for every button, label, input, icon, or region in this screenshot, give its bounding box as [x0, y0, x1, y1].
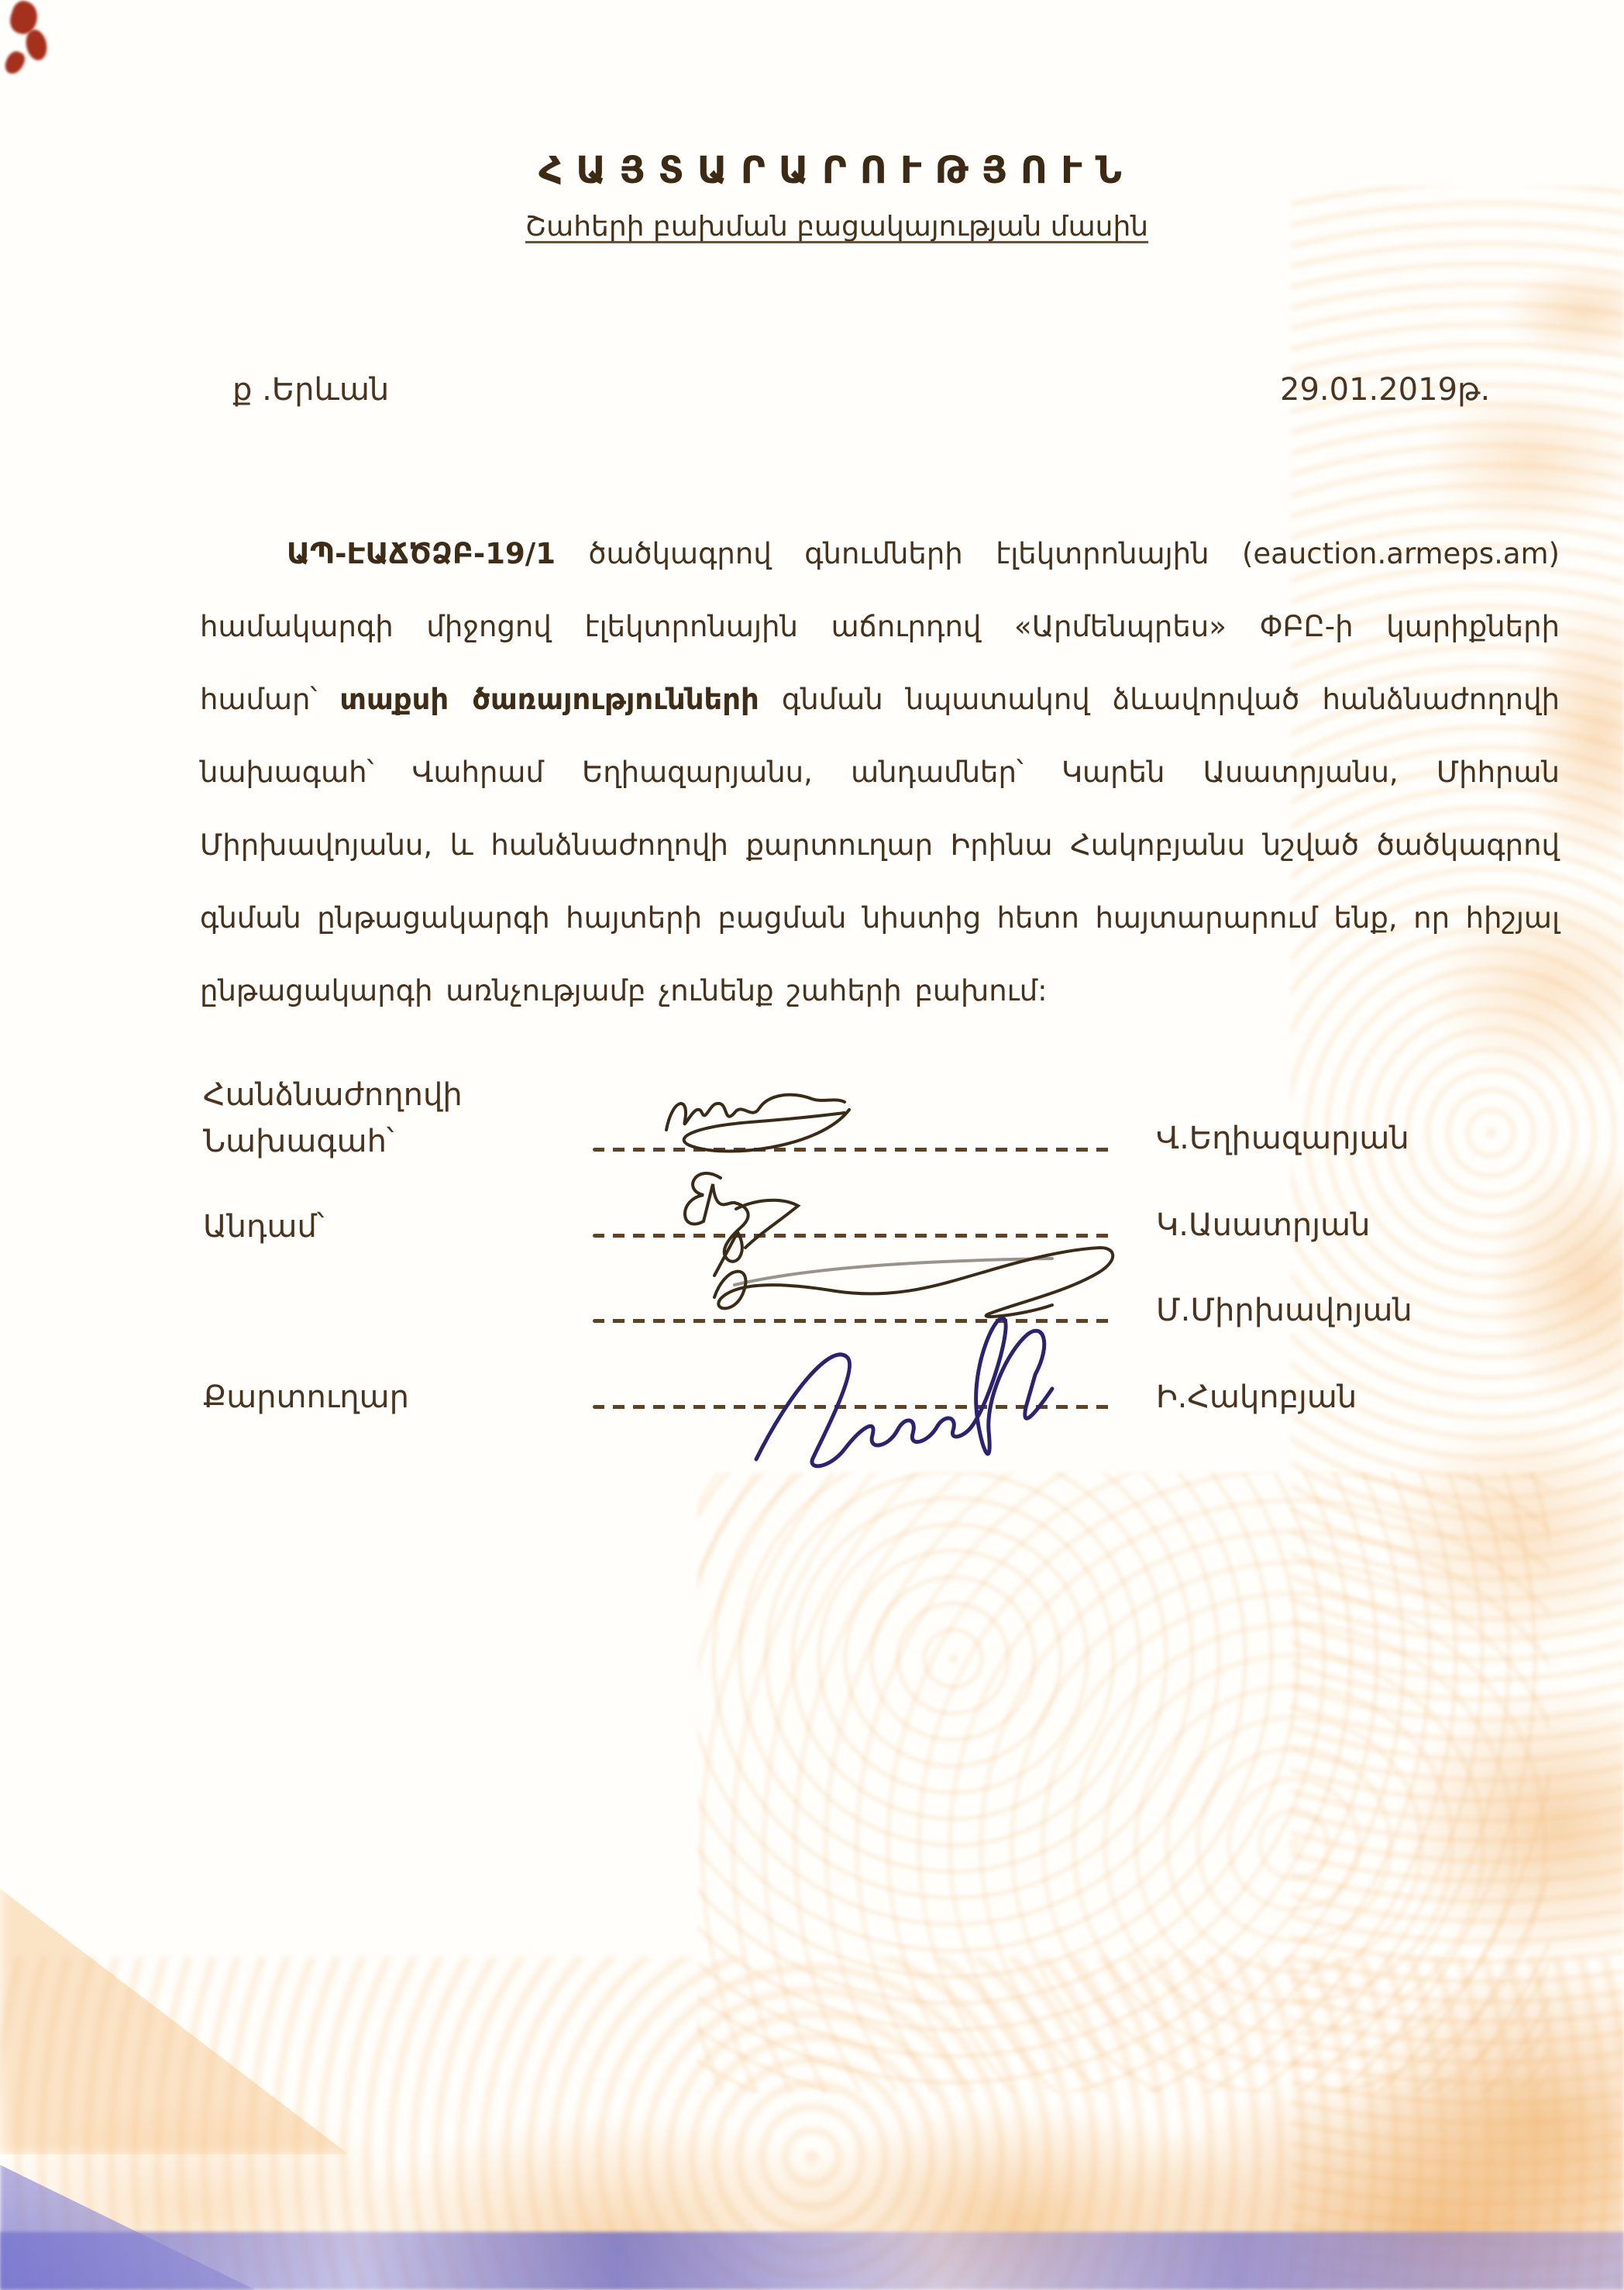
signature-member-2-icon: [688, 1237, 1137, 1341]
signature-line-secretary: [593, 1405, 1113, 1409]
name-chairman: Վ.Եղիազարյան: [1156, 1121, 1409, 1156]
city-label: ք .Երևան: [232, 372, 389, 408]
role-secretary: Քարտուղար: [203, 1379, 409, 1415]
role-chairman: Նախագահ՝: [203, 1124, 394, 1159]
name-secretary: Ի.Հակոբյան: [1156, 1379, 1357, 1415]
declaration-body: ԱՊ-ԷԱՃԾՁԲ-19/1 ծածկագրով գնումների էլեկտ…: [200, 518, 1560, 1028]
committee-label: Հանձնաժողովի: [203, 1077, 463, 1113]
body-segment: գնման նպատակով ձևավորված հանձնաժողովի նա…: [200, 683, 1560, 1007]
stain-blue-corner: [0, 2143, 256, 2290]
signature-secretary-icon: [727, 1293, 1114, 1494]
procurement-code: ԱՊ-ԷԱՃԾՁԲ-19/1: [287, 537, 556, 570]
name-member-2: Մ.Միրխավոյան: [1156, 1293, 1412, 1328]
stain-speckle-middle: [697, 1472, 1550, 2092]
signature-line-chairman: [593, 1148, 1113, 1152]
document-page: ՀԱՅՏԱՐԱՐՈՒԹՅՈՒՆ Շահերի բախման բացակայութ…: [0, 0, 1624, 2290]
signature-member-1-icon: [665, 1161, 812, 1281]
procurement-subject: տաքսի ծառայությունների: [339, 683, 759, 716]
signature-line-member-1: [593, 1234, 1113, 1238]
name-member-1: Կ.Ասատրյան: [1156, 1207, 1370, 1243]
date-label: 29.01.2019թ.: [1280, 372, 1490, 408]
stain-blue-bottom-band: [0, 2232, 1624, 2290]
stain-bottom-band: [0, 1957, 1624, 2290]
signature-line-member-2: [593, 1319, 1113, 1323]
page-title: ՀԱՅՏԱՐԱՐՈՒԹՅՈՒՆ: [25, 149, 1624, 192]
red-edge-mark: [2, 49, 28, 77]
red-edge-mark: [23, 28, 50, 63]
page-subtitle: Շահերի բախման բացակայության մասին: [25, 211, 1624, 243]
signature-chairman-icon: [649, 1082, 874, 1175]
role-member: Անդամ՝: [203, 1209, 324, 1245]
stain-left-wedge: [0, 1775, 349, 2154]
